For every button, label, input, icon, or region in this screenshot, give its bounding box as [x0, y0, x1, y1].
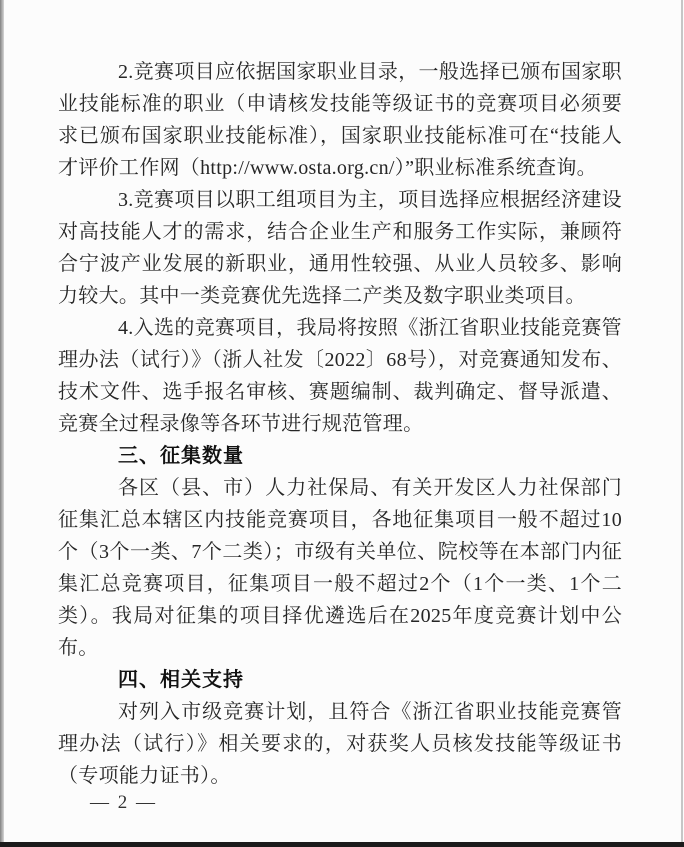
paragraph-collection-quantity: 各区（县、市）人力社保局、有关开发区人力社保部门征集汇总本辖区内技能竞赛项目，各…: [58, 472, 622, 664]
paragraph-item-4: 4.入选的竞赛项目，我局将按照《浙江省职业技能竞赛管理办法（试行）》（浙人社发〔…: [58, 312, 622, 440]
scan-bottom-edge-line: [0, 842, 684, 847]
paragraph-related-support: 对列入市级竞赛计划，且符合《浙江省职业技能竞赛管理办法（试行）》相关要求的，对获…: [58, 696, 622, 792]
scanned-document-page: 2.竞赛项目应依据国家职业目录，一般选择已颁布国家职业技能标准的职业（申请核发技…: [0, 0, 684, 847]
scan-left-edge-line: [0, 0, 4, 847]
section-heading-related-support: 四、相关支持: [58, 664, 622, 696]
section-heading-collection-quantity: 三、征集数量: [58, 440, 622, 472]
document-body: 2.竞赛项目应依据国家职业目录，一般选择已颁布国家职业技能标准的职业（申请核发技…: [58, 56, 622, 792]
paragraph-item-3: 3.竞赛项目以职工组项目为主，项目选择应根据经济建设对高技能人才的需求，结合企业…: [58, 184, 622, 312]
page-number: — 2 —: [90, 792, 157, 814]
scan-right-edge-line: [681, 0, 683, 847]
paragraph-item-2: 2.竞赛项目应依据国家职业目录，一般选择已颁布国家职业技能标准的职业（申请核发技…: [58, 56, 622, 184]
